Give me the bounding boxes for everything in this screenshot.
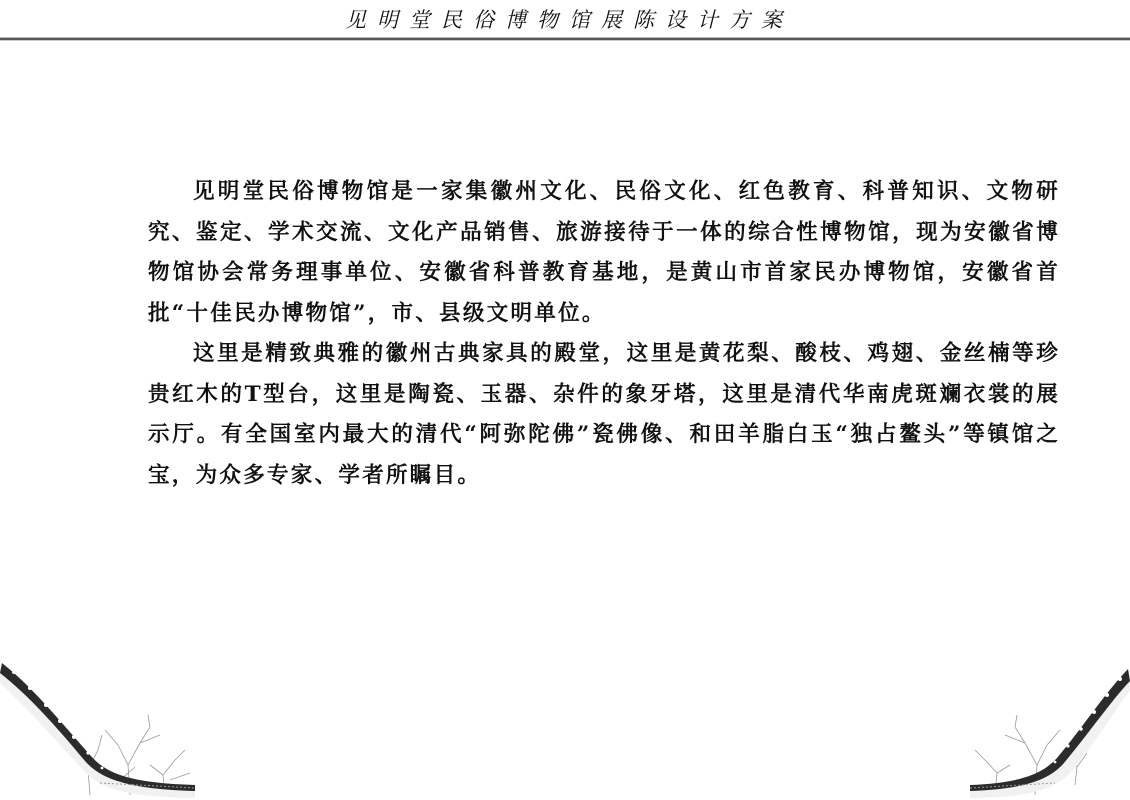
eave-tree-decoration-left xyxy=(0,655,200,800)
document-title: 见明堂民俗博物馆展陈设计方案 xyxy=(0,6,1130,34)
page-header: 见明堂民俗博物馆展陈设计方案 xyxy=(0,0,1130,40)
eave-illustration-icon xyxy=(0,655,200,800)
eave-tree-decoration-right xyxy=(965,655,1130,800)
eave-illustration-icon xyxy=(965,655,1130,800)
body-text: 见明堂民俗博物馆是一家集徽州文化、民俗文化、红色教育、科普知识、文物研究、鉴定、… xyxy=(148,172,1060,496)
header-divider xyxy=(0,37,1130,41)
paragraph-intro: 见明堂民俗博物馆是一家集徽州文化、民俗文化、红色教育、科普知识、文物研究、鉴定、… xyxy=(148,172,1060,334)
paragraph-collection: 这里是精致典雅的徽州古典家具的殿堂，这里是黄花梨、酸枝、鸡翅、金丝楠等珍贵红木的… xyxy=(148,334,1060,496)
